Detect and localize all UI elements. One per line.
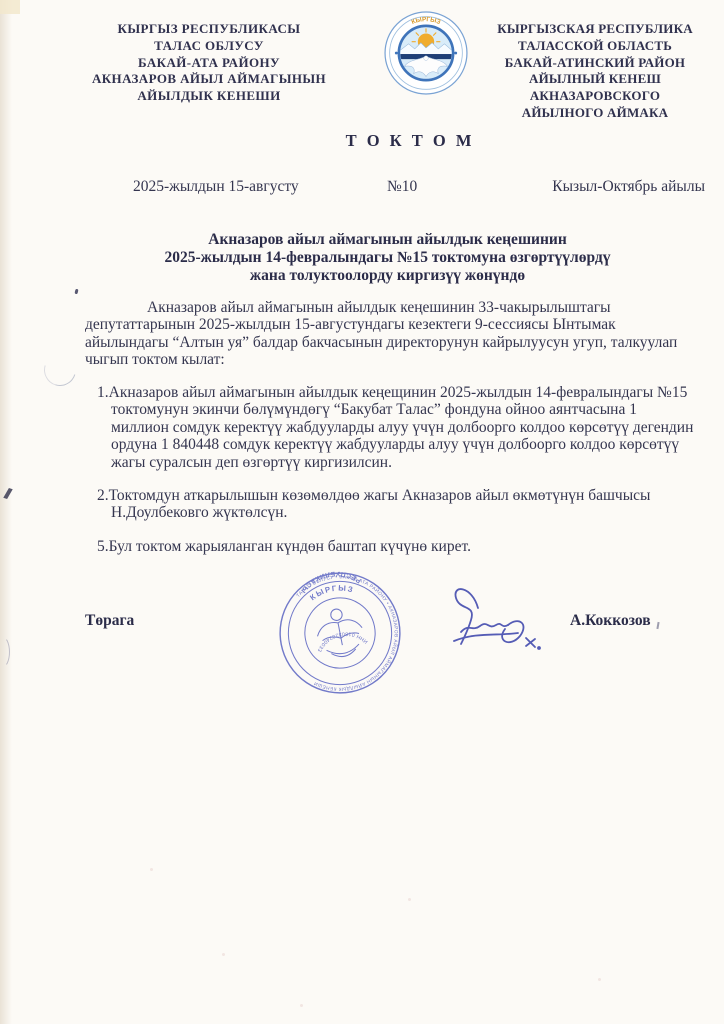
document-date: 2025-жылдын 15-августу (133, 178, 299, 196)
meta-row: 2025-жылдын 15-августу №10 Кызыл-Октябрь… (0, 178, 724, 198)
scanner-edge-shadow (0, 0, 12, 1024)
paper-speck (408, 898, 411, 901)
subject-line: 2025-жылдын 14-февралындагы №15 токтомун… (95, 249, 680, 267)
letterhead-line: ТАЛАС ОБЛУСУ (88, 38, 330, 55)
document-title: Т О К Т О М (95, 131, 724, 151)
pen-arc-mark (38, 348, 81, 391)
letterhead-kyrgyz-block: КЫРГЫЗ РЕСПУБЛИКАСЫ ТАЛАС ОБЛУСУ БАКАЙ-А… (88, 21, 330, 105)
letterhead-line: БАКАЙ-АТИНСКИЙ РАЙОН (468, 55, 722, 72)
paper-speck (222, 953, 225, 956)
letterhead-line: КЫРГЫЗСКАЯ РЕСПУБЛИКА (468, 21, 722, 38)
letterhead-line: КЫРГЫЗ РЕСПУБЛИКАСЫ (88, 21, 330, 38)
paper-speck (150, 868, 153, 871)
signer-role: Төрага (85, 612, 134, 630)
kyrgyz-coat-of-arms-icon: КЫРГЫЗ РЕСПУБЛИКАСЫ (383, 10, 469, 96)
letterhead-line: БАКАЙ-АТА РАЙОНУ (88, 55, 330, 72)
scan-corner-patch (0, 0, 20, 14)
paper-speck (598, 978, 601, 981)
letterhead-line: АЙЫЛДЫК КЕНЕШИ (88, 88, 330, 105)
letterhead-line: АКНАЗАРОВ АЙЫЛ АЙМАГЫНЫН (88, 71, 330, 88)
subject-line: Акназаров айыл аймагынын айылдык кеңешин… (95, 231, 680, 249)
subject-heading: Акназаров айыл аймагынын айылдык кеңешин… (95, 231, 680, 284)
document-number: №10 (387, 178, 417, 196)
paper-speck (300, 1004, 303, 1007)
ink-dot (74, 289, 78, 295)
official-round-seal: ТАЛАС ОБЛУСУ • БАКАЙ-АТА РАЙОНУ • АКНАЗА… (265, 558, 415, 708)
decree-item-3: 5.Бул токтом жарыяланган күндөн баштап к… (97, 538, 696, 555)
decree-item-1: 1.Акназаров айыл аймагынын айылдык кеңещ… (97, 384, 696, 471)
document-place: Кызыл-Октябрь айылы (552, 178, 705, 196)
letterhead-line: ТАЛАССКОЙ ОБЛАСТЬ (468, 38, 722, 55)
letterhead-line: АЙЫЛНОГО АЙМАКА (468, 105, 722, 122)
subject-line: жана толуктоолорду киргизүү жөнүндө (95, 267, 680, 285)
decree-item-2: 2.Токтомдун аткарылышын көзөмөлдөө жагы … (97, 487, 696, 522)
letterhead-russian-block: КЫРГЫЗСКАЯ РЕСПУБЛИКА ТАЛАССКОЙ ОБЛАСТЬ … (468, 21, 722, 122)
letterhead-line: АЙЫЛНЫЙ КЕНЕШ АКНАЗАРОВСКОГО (468, 71, 722, 105)
preamble-paragraph: Акназаров айыл аймагынын айылдык кеңешин… (85, 299, 682, 369)
scanned-document-page: КЫРГЫЗ РЕСПУБЛИКАСЫ ТАЛАС ОБЛУСУ БАКАЙ-А… (0, 0, 724, 1024)
handwritten-signature (438, 578, 558, 670)
ink-mark (656, 622, 659, 629)
signer-name: А.Коккозов (570, 612, 651, 630)
